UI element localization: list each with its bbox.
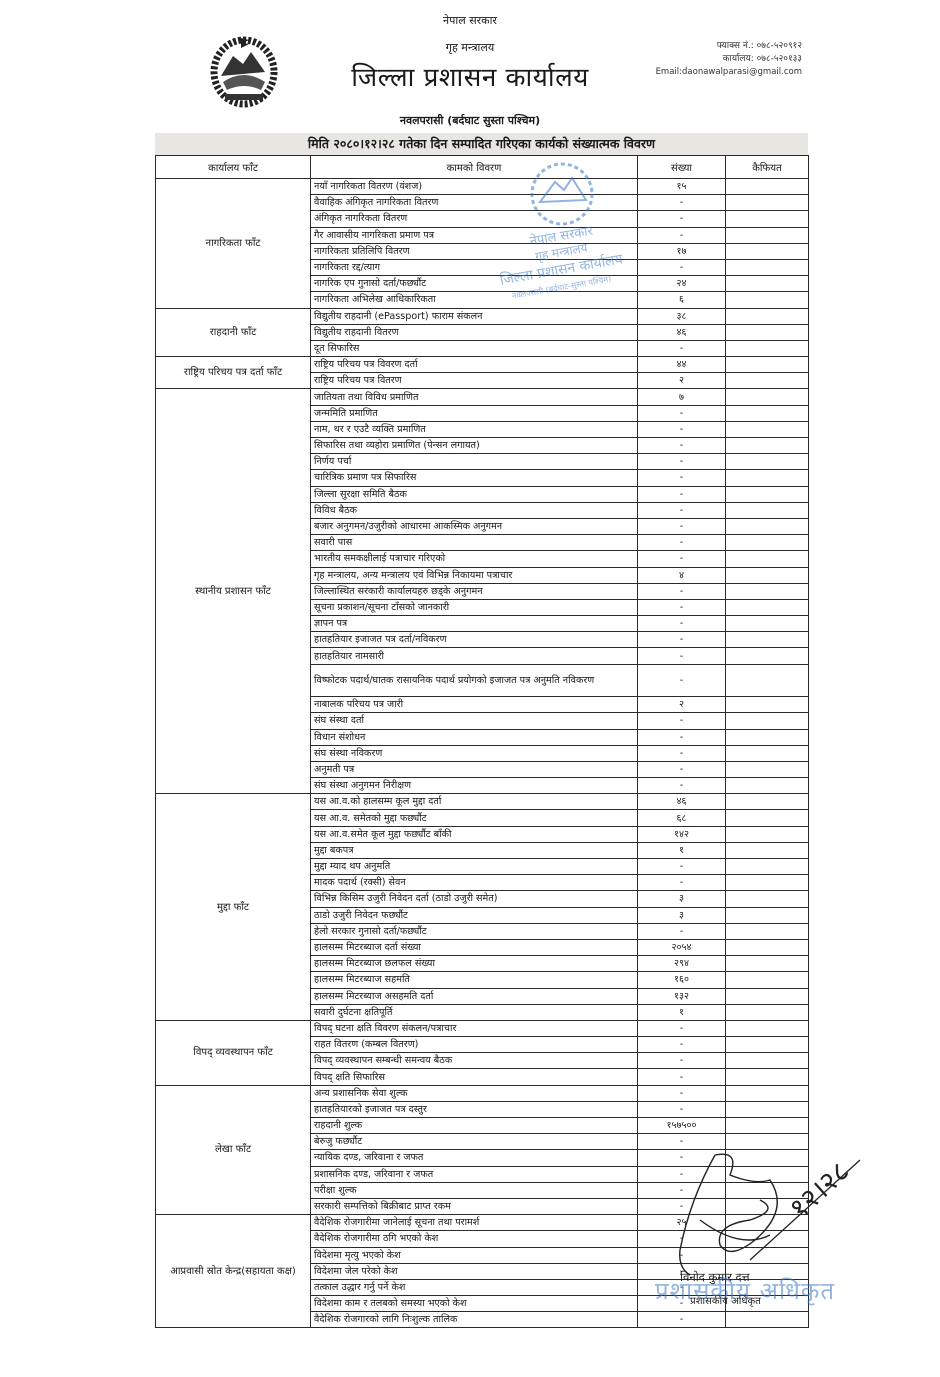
task-count: - xyxy=(638,211,726,227)
email-address: Email:daonawalparasi@gmail.com xyxy=(656,66,802,79)
task-description: यस आ.व.को हालसम्म कूल मुद्दा दर्ता xyxy=(311,794,638,810)
task-description: अन्य प्रशासनिक सेवा शुल्क xyxy=(311,1085,638,1101)
task-description: जिल्लास्थित सरकारी कार्यालयहरु छड्के अनु… xyxy=(311,583,638,599)
task-description: न्यायिक दण्ड, जरिवाना र जफत xyxy=(311,1150,638,1166)
task-description: हालसम्म मिटरब्याज सहमति xyxy=(311,972,638,988)
task-count: १ xyxy=(638,842,726,858)
task-remarks xyxy=(726,470,809,486)
task-count: - xyxy=(638,454,726,470)
signer-name: विनोद कुमार दत्त xyxy=(680,1270,750,1285)
column-header-task: कामको विवरण xyxy=(311,156,638,179)
task-count: - xyxy=(638,1053,726,1069)
svg-text:१२।२८: १२।२८ xyxy=(783,1155,856,1226)
task-remarks xyxy=(726,551,809,567)
task-count: - xyxy=(638,438,726,454)
task-count: - xyxy=(638,421,726,437)
task-description: सरकारी सम्पत्तिको बिक्रीबाट प्राप्त रकम xyxy=(311,1198,638,1214)
task-remarks xyxy=(726,454,809,470)
task-description: नागरिकता रद्द/त्याग xyxy=(311,259,638,275)
task-remarks xyxy=(726,616,809,632)
task-count: - xyxy=(638,1312,726,1328)
task-count: - xyxy=(638,340,726,356)
task-description: हातहतियार नामसारी xyxy=(311,648,638,664)
task-description: चारित्रिक प्रमाण पत्र सिफारिस xyxy=(311,470,638,486)
task-description: दूत सिफारिस xyxy=(311,340,638,356)
task-description: हालसम्म मिटरब्याज दर्ता संख्या xyxy=(311,939,638,955)
table-row: मुद्दा फाँटयस आ.व.को हालसम्म कूल मुद्दा … xyxy=(156,794,809,810)
task-description: विदेशमा मृत्यु भएको केश xyxy=(311,1247,638,1263)
task-remarks xyxy=(726,567,809,583)
task-count: - xyxy=(638,195,726,211)
task-count: - xyxy=(638,1085,726,1101)
table-row: राष्ट्रिय परिचय पत्र दर्ता फाँटराष्ट्रिय… xyxy=(156,357,809,373)
task-remarks xyxy=(726,518,809,534)
section-name: नागरिकता फाँट xyxy=(156,179,311,309)
task-description: ठाडो उजुरी निवेदन फर्छ्यौट xyxy=(311,907,638,923)
task-count: ६८ xyxy=(638,810,726,826)
task-count: - xyxy=(638,761,726,777)
task-description: हातहतियार इजाजत पत्र दर्ता/नविकरण xyxy=(311,632,638,648)
task-remarks xyxy=(726,438,809,454)
task-description: नागरिक एप गुनासो दर्ता/फर्छ्यौट xyxy=(311,276,638,292)
task-count: - xyxy=(638,616,726,632)
task-count: - xyxy=(638,713,726,729)
task-remarks xyxy=(726,778,809,794)
section-name: स्थानीय प्रशासन फाँट xyxy=(156,389,311,794)
task-remarks xyxy=(726,810,809,826)
task-count: १ xyxy=(638,1004,726,1020)
task-count: ७ xyxy=(638,389,726,405)
task-remarks xyxy=(726,308,809,324)
task-description: गैर आवासीय नागरिकता प्रमाण पत्र xyxy=(311,227,638,243)
section-name: लेखा फाँट xyxy=(156,1085,311,1215)
task-count: - xyxy=(638,502,726,518)
table-row: राहदानी फाँटविद्युतीय राहदानी (ePassport… xyxy=(156,308,809,324)
task-count: - xyxy=(638,551,726,567)
task-remarks xyxy=(726,972,809,988)
task-count: - xyxy=(638,1101,726,1117)
section-name: आप्रवासी स्रोत केन्द्र(सहायता कक्ष) xyxy=(156,1215,311,1328)
task-description: यस आ.व.समेत कूल मुद्दा फर्छ्यौट बाँकी xyxy=(311,826,638,842)
task-remarks xyxy=(726,486,809,502)
task-count: - xyxy=(638,778,726,794)
task-remarks xyxy=(726,907,809,923)
task-description: विदेशमा जेल परेको केश xyxy=(311,1263,638,1279)
task-remarks xyxy=(726,292,809,308)
task-remarks xyxy=(726,1312,809,1328)
task-count: - xyxy=(638,259,726,275)
task-remarks xyxy=(726,875,809,891)
task-remarks xyxy=(726,324,809,340)
task-count: - xyxy=(638,583,726,599)
task-remarks xyxy=(726,1101,809,1117)
task-description: मुद्दा बकपत्र xyxy=(311,842,638,858)
task-description: सिफारिस तथा व्यहोरा प्रमाणित (पेन्सन लगा… xyxy=(311,438,638,454)
task-remarks xyxy=(726,1069,809,1085)
task-count: - xyxy=(638,745,726,761)
task-remarks xyxy=(726,227,809,243)
task-description: राहदानी शुल्क xyxy=(311,1118,638,1134)
task-remarks xyxy=(726,535,809,551)
task-remarks xyxy=(726,939,809,955)
task-description: गृह मन्त्रालय, अन्य मन्त्रालय एवं विभिन्… xyxy=(311,567,638,583)
task-remarks xyxy=(726,1053,809,1069)
task-description: हालसम्म मिटरब्याज असहमति दर्ता xyxy=(311,988,638,1004)
section-name: विपद् व्यवस्थापन फाँट xyxy=(156,1020,311,1085)
task-description: जातियता तथा विविध प्रमाणित xyxy=(311,389,638,405)
task-remarks xyxy=(726,842,809,858)
task-remarks xyxy=(726,632,809,648)
task-description: वैदेशिक रोजगारीमा जानेलाई सूचना तथा पराम… xyxy=(311,1215,638,1231)
task-description: बजार अनुगमन/उजुरीको आधारमा आकस्मिक अनुगम… xyxy=(311,518,638,534)
column-header-count: संख्या xyxy=(638,156,726,179)
task-description: मुद्दा म्याद थप अनुमति xyxy=(311,859,638,875)
task-remarks xyxy=(726,357,809,373)
task-remarks xyxy=(726,988,809,1004)
task-remarks xyxy=(726,1037,809,1053)
task-remarks xyxy=(726,713,809,729)
section-name: राहदानी फाँट xyxy=(156,308,311,357)
report-title: मिति २०८०।१२।२८ गतेका दिन सम्पादित गरिएक… xyxy=(155,133,808,155)
task-description: विद्युतीय राहदानी (ePassport) फाराम संकल… xyxy=(311,308,638,324)
task-count: १५ xyxy=(638,179,726,195)
task-count: - xyxy=(638,923,726,939)
task-count: - xyxy=(638,470,726,486)
task-description: वैवाहिक अंगिकृत नागरिकता वितरण xyxy=(311,195,638,211)
task-remarks xyxy=(726,599,809,615)
section-name: राष्ट्रिय परिचय पत्र दर्ता फाँट xyxy=(156,357,311,389)
task-remarks xyxy=(726,373,809,389)
task-description: विविध बैठक xyxy=(311,502,638,518)
task-count: १३२ xyxy=(638,988,726,1004)
task-description: यस आ.व. समेतको मुद्दा फर्छ्यौट xyxy=(311,810,638,826)
task-description: राष्ट्रिय परिचय पत्र वितरण xyxy=(311,373,638,389)
task-description: हालसम्म मिटरब्याज छलफल संख्या xyxy=(311,956,638,972)
task-remarks xyxy=(726,956,809,972)
column-header-remarks: कैफियत xyxy=(726,156,809,179)
task-remarks xyxy=(726,891,809,907)
task-description: जिल्ला सुरक्षा समिति बैठक xyxy=(311,486,638,502)
task-count: १७ xyxy=(638,243,726,259)
office-phone: कार्यालय: ०७८-५२०१३३ xyxy=(656,53,802,66)
task-remarks xyxy=(726,583,809,599)
table-row: स्थानीय प्रशासन फाँटजातियता तथा विविध प्… xyxy=(156,389,809,405)
fax-number: फ्याक्स नं.: ०७८-५२०९१२ xyxy=(656,40,802,53)
table-row: विपद् व्यवस्थापन फाँटविपद् घटना क्षति वि… xyxy=(156,1020,809,1036)
task-remarks xyxy=(726,761,809,777)
task-count: - xyxy=(638,599,726,615)
task-description: हेलो सरकार गुनासो दर्ता/फर्छ्यौट xyxy=(311,923,638,939)
task-description: राष्ट्रिय परिचय पत्र विवरण दर्ता xyxy=(311,357,638,373)
task-count: - xyxy=(638,1037,726,1053)
task-count: ६ xyxy=(638,292,726,308)
task-remarks xyxy=(726,697,809,713)
task-description: वैदेशिक रोजगारको लागि निःशुल्क तालिक xyxy=(311,1312,638,1328)
task-remarks xyxy=(726,745,809,761)
task-count: - xyxy=(638,859,726,875)
task-remarks xyxy=(726,1004,809,1020)
government-name: नेपाल सरकार xyxy=(0,13,940,28)
task-description: परीक्षा शुल्क xyxy=(311,1182,638,1198)
task-description: नागरिकता अभिलेख आधिकारिकता xyxy=(311,292,638,308)
task-count: - xyxy=(638,648,726,664)
task-description: भारतीय समकक्षीलाई पत्राचार गरिएको xyxy=(311,551,638,567)
task-count: ३ xyxy=(638,907,726,923)
table-row: लेखा फाँटअन्य प्रशासनिक सेवा शुल्क- xyxy=(156,1085,809,1101)
task-description: विदेशमा काम र तलबको समस्या भएको केश xyxy=(311,1296,638,1312)
task-remarks xyxy=(726,389,809,405)
task-remarks xyxy=(726,179,809,195)
signer-title: प्रशासकीय अधिकृत xyxy=(690,1293,761,1307)
task-count: - xyxy=(638,632,726,648)
task-count: ३८ xyxy=(638,308,726,324)
task-count: - xyxy=(638,535,726,551)
task-description: प्रशासनिक दण्ड, जरिवाना र जफत xyxy=(311,1166,638,1182)
task-count: ४४ xyxy=(638,357,726,373)
task-description: अनुमती पत्र xyxy=(311,761,638,777)
task-description: तत्काल उद्धार गर्नु पर्ने केश xyxy=(311,1279,638,1295)
task-remarks xyxy=(726,859,809,875)
task-description: संघ संस्था दर्ता xyxy=(311,713,638,729)
task-count: २ xyxy=(638,373,726,389)
task-count: ४ xyxy=(638,567,726,583)
task-description: संघ संस्था नविकरण xyxy=(311,745,638,761)
section-name: मुद्दा फाँट xyxy=(156,794,311,1021)
task-description: जन्ममिति प्रमाणित xyxy=(311,405,638,421)
task-count: - xyxy=(638,405,726,421)
task-description: विद्युतीय राहदानी वितरण xyxy=(311,324,638,340)
task-count: १५७५०० xyxy=(638,1118,726,1134)
task-description: सवारी पास xyxy=(311,535,638,551)
task-remarks xyxy=(726,729,809,745)
task-description: संघ संस्था अनुगमन निरीक्षण xyxy=(311,778,638,794)
task-remarks xyxy=(726,923,809,939)
task-description: विभिन्न किसिम उजुरी निवेदन दर्ता (ठाडो उ… xyxy=(311,891,638,907)
task-description: निर्णय पर्चा xyxy=(311,454,638,470)
task-description: बेरुजु फर्छ्यौट xyxy=(311,1134,638,1150)
task-description: ज्ञापन पत्र xyxy=(311,616,638,632)
task-remarks xyxy=(726,340,809,356)
task-description: विपद् क्षति सिफारिस xyxy=(311,1069,638,1085)
task-description: नाम, थर र एउटै व्यक्ति प्रमाणित xyxy=(311,421,638,437)
task-description: हातहतियारको इजाजत पत्र दस्तुर xyxy=(311,1101,638,1117)
task-description: नागरिकता प्रतिलिपि वितरण xyxy=(311,243,638,259)
task-remarks xyxy=(726,502,809,518)
task-remarks xyxy=(726,421,809,437)
task-count: २४ xyxy=(638,276,726,292)
task-description: अंगिकृत नागरिकता वितरण xyxy=(311,211,638,227)
task-count: ३ xyxy=(638,891,726,907)
task-remarks xyxy=(726,1118,809,1134)
office-location: नवलपरासी (बर्दघाट सुस्ता पश्चिम) xyxy=(0,113,940,128)
task-remarks xyxy=(726,259,809,275)
task-count: १४२ xyxy=(638,826,726,842)
task-remarks xyxy=(726,1020,809,1036)
task-count: - xyxy=(638,227,726,243)
task-description: सूचना प्रकाशन/सूचना टाँसको जानकारी xyxy=(311,599,638,615)
task-description: नाबालक परिचय पत्र जारी xyxy=(311,697,638,713)
table-row: नागरिकता फाँटनयाँ नागरिकता वितरण (वंशज)१… xyxy=(156,179,809,195)
task-remarks xyxy=(726,794,809,810)
task-description: विपद् व्यवस्थापन सम्बन्धी समन्वय बैठक xyxy=(311,1053,638,1069)
task-remarks xyxy=(726,211,809,227)
task-count: - xyxy=(638,729,726,745)
task-remarks xyxy=(726,826,809,842)
task-count: २ xyxy=(638,697,726,713)
task-count: - xyxy=(638,875,726,891)
task-count: - xyxy=(638,1069,726,1085)
task-count: - xyxy=(638,664,726,697)
task-count: ४६ xyxy=(638,794,726,810)
task-description: विधान संशोधन xyxy=(311,729,638,745)
task-description: विष्फोटक पदार्थ/घातक रासायनिक पदार्थ प्र… xyxy=(311,664,638,697)
task-count: २९४ xyxy=(638,956,726,972)
task-remarks xyxy=(726,1085,809,1101)
table-header-row: कार्यालय फाँट कामको विवरण संख्या कैफियत xyxy=(156,156,809,179)
task-description: विपद् घटना क्षति विवरण संकलन/पत्राचार xyxy=(311,1020,638,1036)
task-remarks xyxy=(726,243,809,259)
column-header-section: कार्यालय फाँट xyxy=(156,156,311,179)
task-remarks xyxy=(726,405,809,421)
task-count: १६० xyxy=(638,972,726,988)
task-description: राहत वितरण (कम्बल वितरण) xyxy=(311,1037,638,1053)
task-description: सवारी दुर्घटना क्षतिपूर्ति xyxy=(311,1004,638,1020)
task-description: वैदेशिक रोजगारीमा ठगि भएको केश xyxy=(311,1231,638,1247)
task-count: - xyxy=(638,486,726,502)
contact-info: फ्याक्स नं.: ०७८-५२०९१२ कार्यालय: ०७८-५२… xyxy=(656,40,802,79)
task-description: नयाँ नागरिकता वितरण (वंशज) xyxy=(311,179,638,195)
task-count: २०५४ xyxy=(638,939,726,955)
task-remarks xyxy=(726,195,809,211)
task-remarks xyxy=(726,648,809,664)
task-count: - xyxy=(638,1020,726,1036)
task-remarks xyxy=(726,276,809,292)
task-count: - xyxy=(638,518,726,534)
task-description: मादक पदार्थ (रक्सी) सेवन xyxy=(311,875,638,891)
task-count: ४६ xyxy=(638,324,726,340)
task-remarks xyxy=(726,664,809,697)
